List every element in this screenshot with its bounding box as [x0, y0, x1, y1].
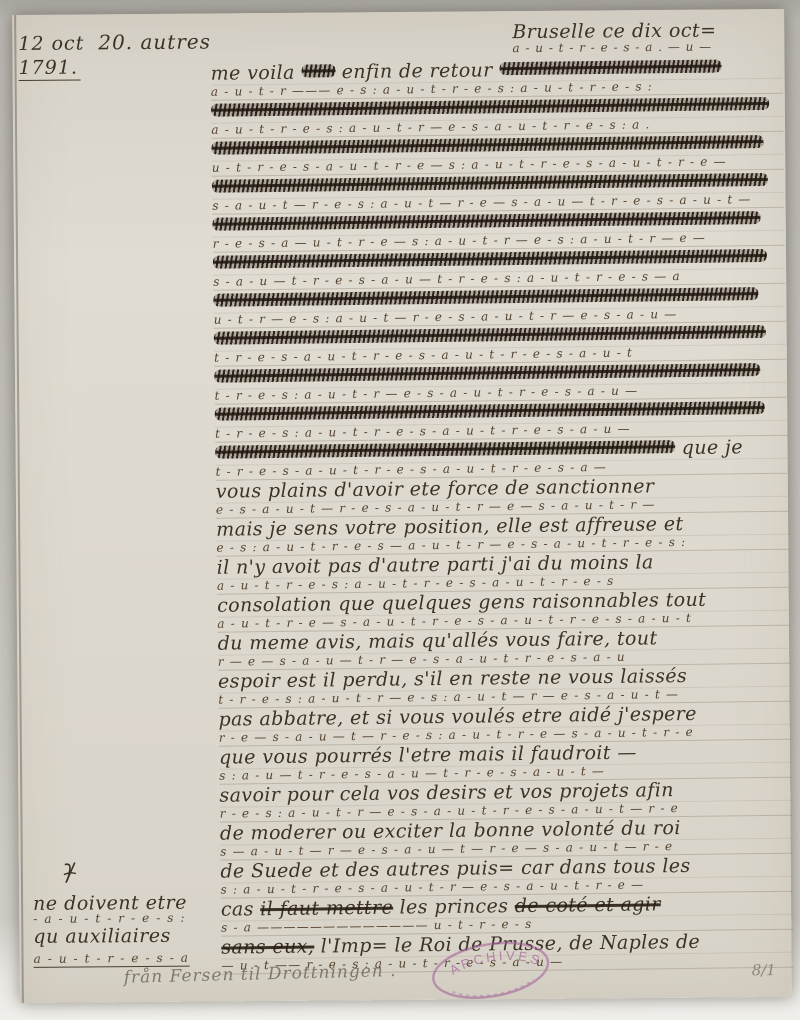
margin-line: qu auxiliairesa - u - t - r - e - s - a — [33, 924, 223, 967]
margin-line-cipher: - a - u - t - r - e - s : — [33, 910, 223, 925]
text-segment: me voila — [211, 62, 302, 85]
struck-text: de coté et agir — [515, 893, 661, 917]
redacted-scribble — [301, 64, 335, 77]
manuscript-page: 12 oct 20. autres 1791. Bruselle ce dix … — [12, 9, 792, 1003]
redacted-scribble — [215, 440, 675, 459]
redacted-scribble — [214, 363, 760, 383]
margin-line-cipher: a - u - t - r - e - s - a — [33, 951, 189, 968]
letter-body: me voila enfin de retour a - u - t - r —… — [211, 56, 794, 975]
redacted-scribble — [213, 248, 767, 268]
docket-date: 12 oct — [18, 32, 84, 55]
docket-annotation: 12 oct 20. autres 1791. — [18, 29, 228, 81]
redacted-scribble — [213, 287, 758, 307]
margin-line-text: qu auxiliaires — [33, 924, 223, 947]
redacted-scribble — [215, 400, 765, 420]
text-segment: que je — [675, 436, 743, 459]
page-number: 8/1 — [752, 961, 776, 979]
redacted-scribble — [214, 324, 766, 344]
struck-text: sans eux, — [221, 936, 314, 959]
text-segment: cas — [221, 898, 261, 920]
margin-addition: ne doivent etre- a - u - t - r - e - s :… — [33, 859, 224, 967]
docket-cipher-key-note: 20. autres — [98, 29, 211, 54]
struck-text: il faut mettre — [260, 897, 393, 921]
margin-line: ne doivent etre- a - u - t - r - e - s : — [33, 891, 223, 925]
redacted-scribble — [211, 134, 763, 154]
paraph-mark-icon — [61, 860, 87, 886]
redacted-scribble — [212, 172, 768, 192]
redacted-scribble — [499, 59, 721, 75]
redacted-scribble — [211, 96, 769, 116]
text-segment: les princes — [393, 895, 515, 918]
dateline-cipher: a - u - t - r - e - s - a . — u — — [512, 39, 777, 55]
dateline: Bruselle ce dix oct= a - u - t - r - e -… — [512, 19, 777, 55]
redacted-scribble — [212, 211, 760, 231]
docket-year: 1791. — [18, 57, 81, 81]
text-segment: enfin de retour — [335, 59, 499, 83]
